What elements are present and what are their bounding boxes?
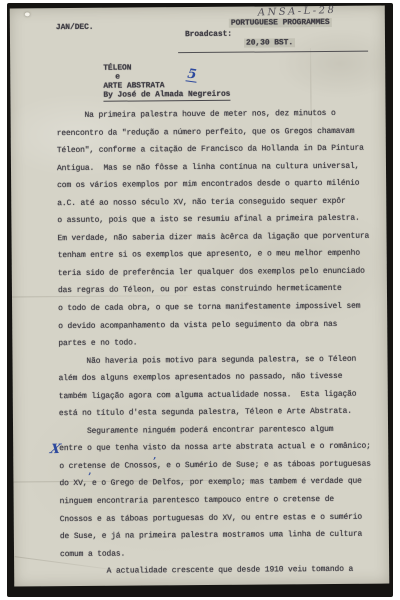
typed-line: além dos alguns exemplos apresentados no…: [59, 368, 381, 388]
handwritten-five-mark: 5: [185, 68, 198, 82]
title-line-3: ARTE ABSTRATA: [103, 81, 164, 90]
title-line-2: e: [115, 73, 120, 82]
typed-line: Téleon", conforme a citação de Francisco…: [57, 140, 379, 160]
typed-line: com os vários exemplos por mim encontrad…: [57, 175, 379, 195]
typed-line: ninguem encontraria parentesco tampouco …: [60, 491, 382, 511]
handwritten-comma-insert: ,: [88, 467, 91, 477]
handwritten-archive-code: ANSA-L-28: [258, 5, 337, 19]
byline: By José de Almada Negreiros: [103, 90, 230, 102]
header-programme: PORTUGUESE PROGRAMMES: [229, 18, 332, 28]
header-date: JAN/DEC.: [56, 23, 94, 32]
typed-line: de Suse, e já na primeira palestra mostr…: [60, 526, 382, 546]
document-paper: ANSA-L-28 JAN/DEC. PORTUGUESE PROGRAMMES…: [10, 6, 390, 587]
typed-line: Na primeira palestra houve de meter nos,…: [57, 105, 379, 125]
photo-frame: ANSA-L-28 JAN/DEC. PORTUGUESE PROGRAMMES…: [7, 3, 393, 597]
handwritten-comma-insert: ,: [153, 451, 156, 461]
typed-line: o assunto, pois que a isto se resumiu af…: [57, 210, 379, 230]
header-broadcast-time: 20,30 BST.: [244, 38, 295, 47]
typed-line: o todo de cada obra, o que se torna mani…: [58, 298, 380, 318]
broadcast-underline: [178, 51, 368, 53]
typed-line: o devido acompanhamento da vista pelo se…: [58, 315, 380, 335]
typed-line: A actualidade crescente que desde 1910 v…: [60, 561, 382, 581]
typed-body: Na primeira palestra houve de meter nos,…: [57, 105, 383, 581]
header-broadcast-label: Broadcast:: [185, 30, 232, 39]
paper-hole: [25, 12, 30, 16]
title-line-1: TÉLEON: [103, 64, 131, 73]
